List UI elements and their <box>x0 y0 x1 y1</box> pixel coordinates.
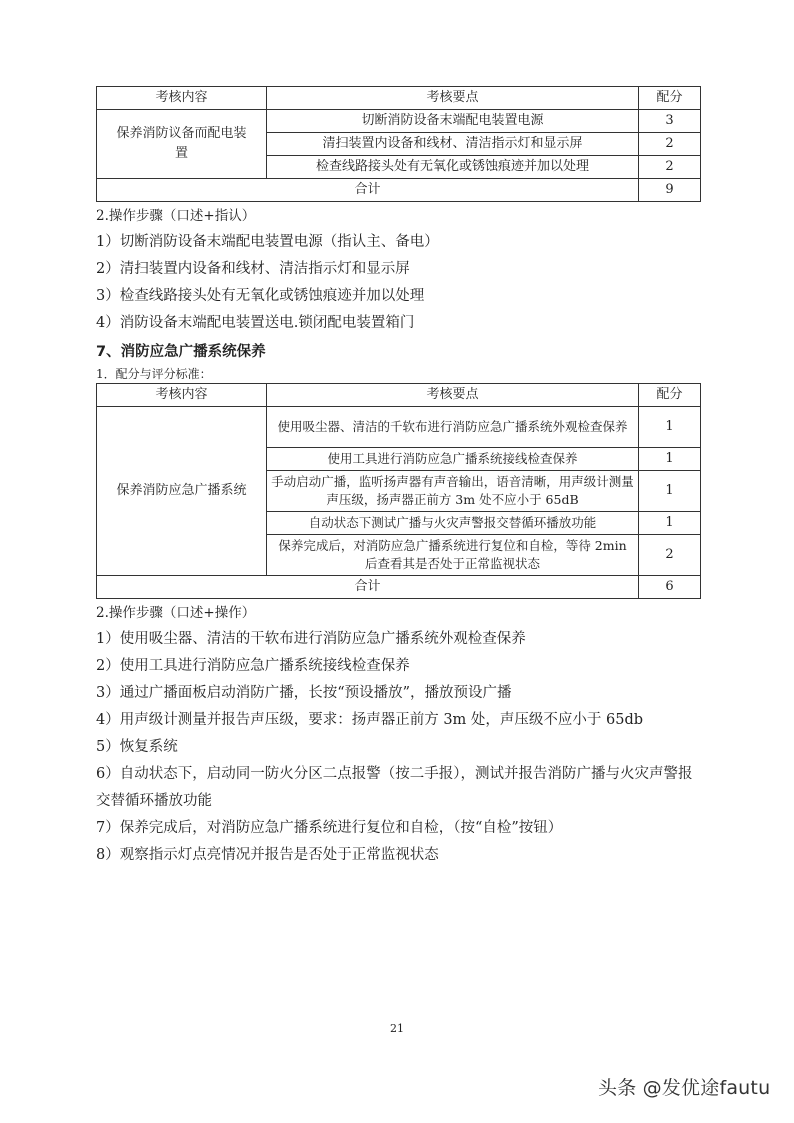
page-number: 21 <box>0 1022 794 1035</box>
total-label: 合计 <box>97 576 639 599</box>
score-cell: 3 <box>639 110 701 133</box>
step-item: 4）消防设备末端配电装置送电.锁闭配电装置箱门 <box>96 310 700 337</box>
step-item: 7）保养完成后，对消防应急广播系统进行复位和自检，（按“自检”按钮） <box>96 815 700 842</box>
point-cell: 自动状态下测试广播与火灾声警报交替循环播放功能 <box>267 512 639 535</box>
step-item: 1）切断消防设备末端配电装置电源（指认主、备电） <box>96 229 700 256</box>
point-cell: 保养完成后，对消防应急广播系统进行复位和自检，等待 2min 后查看其是否处于正… <box>267 535 639 576</box>
score-table-broadcast: 考核内容 考核要点 配分 保养消防应急广播系统 使用吸尘器、清洁的千软布进行消防… <box>96 383 701 599</box>
score-cell: 1 <box>639 407 701 448</box>
table-row: 保养消防议备而配电装置 切断消防设备末端配电装置电源 3 <box>97 110 701 133</box>
step-item: 6）自动状态下，启动同一防火分区二点报警（按二手报），测试并报告消防广播与火灾声… <box>96 761 700 815</box>
point-cell: 使用工具进行消防应急广播系统接线检查保养 <box>267 448 639 471</box>
point-cell: 切断消防设备末端配电装置电源 <box>267 110 639 133</box>
table-header-row: 考核内容 考核要点 配分 <box>97 384 701 407</box>
step-item: 1）使用吸尘器、清洁的干软布进行消防应急广播系统外观检查保养 <box>96 626 700 653</box>
steps-heading: 2.操作步骤（口述+指认） <box>96 204 700 229</box>
score-cell: 2 <box>639 133 701 156</box>
total-label: 合计 <box>97 179 639 202</box>
point-cell: 清扫装置内设备和线材、清洁指示灯和显示屏 <box>267 133 639 156</box>
score-cell: 1 <box>639 471 701 512</box>
category-cell: 保养消防议备而配电装置 <box>97 110 267 179</box>
score-table-power-device: 考核内容 考核要点 配分 保养消防议备而配电装置 切断消防设备末端配电装置电源 … <box>96 86 701 202</box>
operation-steps-1: 2.操作步骤（口述+指认） 1）切断消防设备末端配电装置电源（指认主、备电） 2… <box>96 204 700 337</box>
header-points: 考核要点 <box>267 384 639 407</box>
point-cell: 使用吸尘器、清洁的千软布进行消防应急广播系统外观检查保养 <box>267 407 639 448</box>
header-content: 考核内容 <box>97 384 267 407</box>
step-item: 2）清扫装置内设备和线材、清洁指示灯和显示屏 <box>96 256 700 283</box>
table-header-row: 考核内容 考核要点 配分 <box>97 87 701 110</box>
total-row: 合计 9 <box>97 179 701 202</box>
total-score: 9 <box>639 179 701 202</box>
step-item: 5）恢复系统 <box>96 734 700 761</box>
score-cell: 2 <box>639 156 701 179</box>
header-score: 配分 <box>639 384 701 407</box>
score-cell: 2 <box>639 535 701 576</box>
header-score: 配分 <box>639 87 701 110</box>
header-content: 考核内容 <box>97 87 267 110</box>
document-page: 考核内容 考核要点 配分 保养消防议备而配电装置 切断消防设备末端配电装置电源 … <box>96 86 700 869</box>
step-item: 4）用声级计测量并报告声压级，要求：扬声器正前方 3m 处，声压级不应小于 65… <box>96 707 700 734</box>
section-title: 7、消防应急广播系统保养 <box>96 339 700 365</box>
category-cell: 保养消防应急广播系统 <box>97 407 267 576</box>
steps-heading: 2.操作步骤（口述+操作） <box>96 601 700 626</box>
total-row: 合计 6 <box>97 576 701 599</box>
step-item: 2）使用工具进行消防应急广播系统接线检查保养 <box>96 653 700 680</box>
step-item: 8）观察指示灯点亮情况并报告是否处于正常监视状态 <box>96 842 700 869</box>
point-cell: 手动启动广播，监听扬声器有声音输出，语音清晰，用声级计测量声压级，扬声器正前方 … <box>267 471 639 512</box>
total-score: 6 <box>639 576 701 599</box>
header-points: 考核要点 <box>267 87 639 110</box>
score-cell: 1 <box>639 448 701 471</box>
table-row: 保养消防应急广播系统 使用吸尘器、清洁的千软布进行消防应急广播系统外观检查保养 … <box>97 407 701 448</box>
score-cell: 1 <box>639 512 701 535</box>
operation-steps-2: 2.操作步骤（口述+操作） 1）使用吸尘器、清洁的干软布进行消防应急广播系统外观… <box>96 601 700 869</box>
step-item: 3）检查线路接头处有无氧化或锈蚀痕迹并加以处理 <box>96 283 700 310</box>
point-cell: 检查线路接头处有无氧化或锈蚀痕迹并加以处理 <box>267 156 639 179</box>
watermark: 头条 @发优途fautu <box>598 1073 770 1100</box>
step-item: 3）通过广播面板启动消防广播，长按“预设播放”，播放预设广播 <box>96 680 700 707</box>
section-subtitle: 1．配分与评分标准： <box>96 365 700 383</box>
